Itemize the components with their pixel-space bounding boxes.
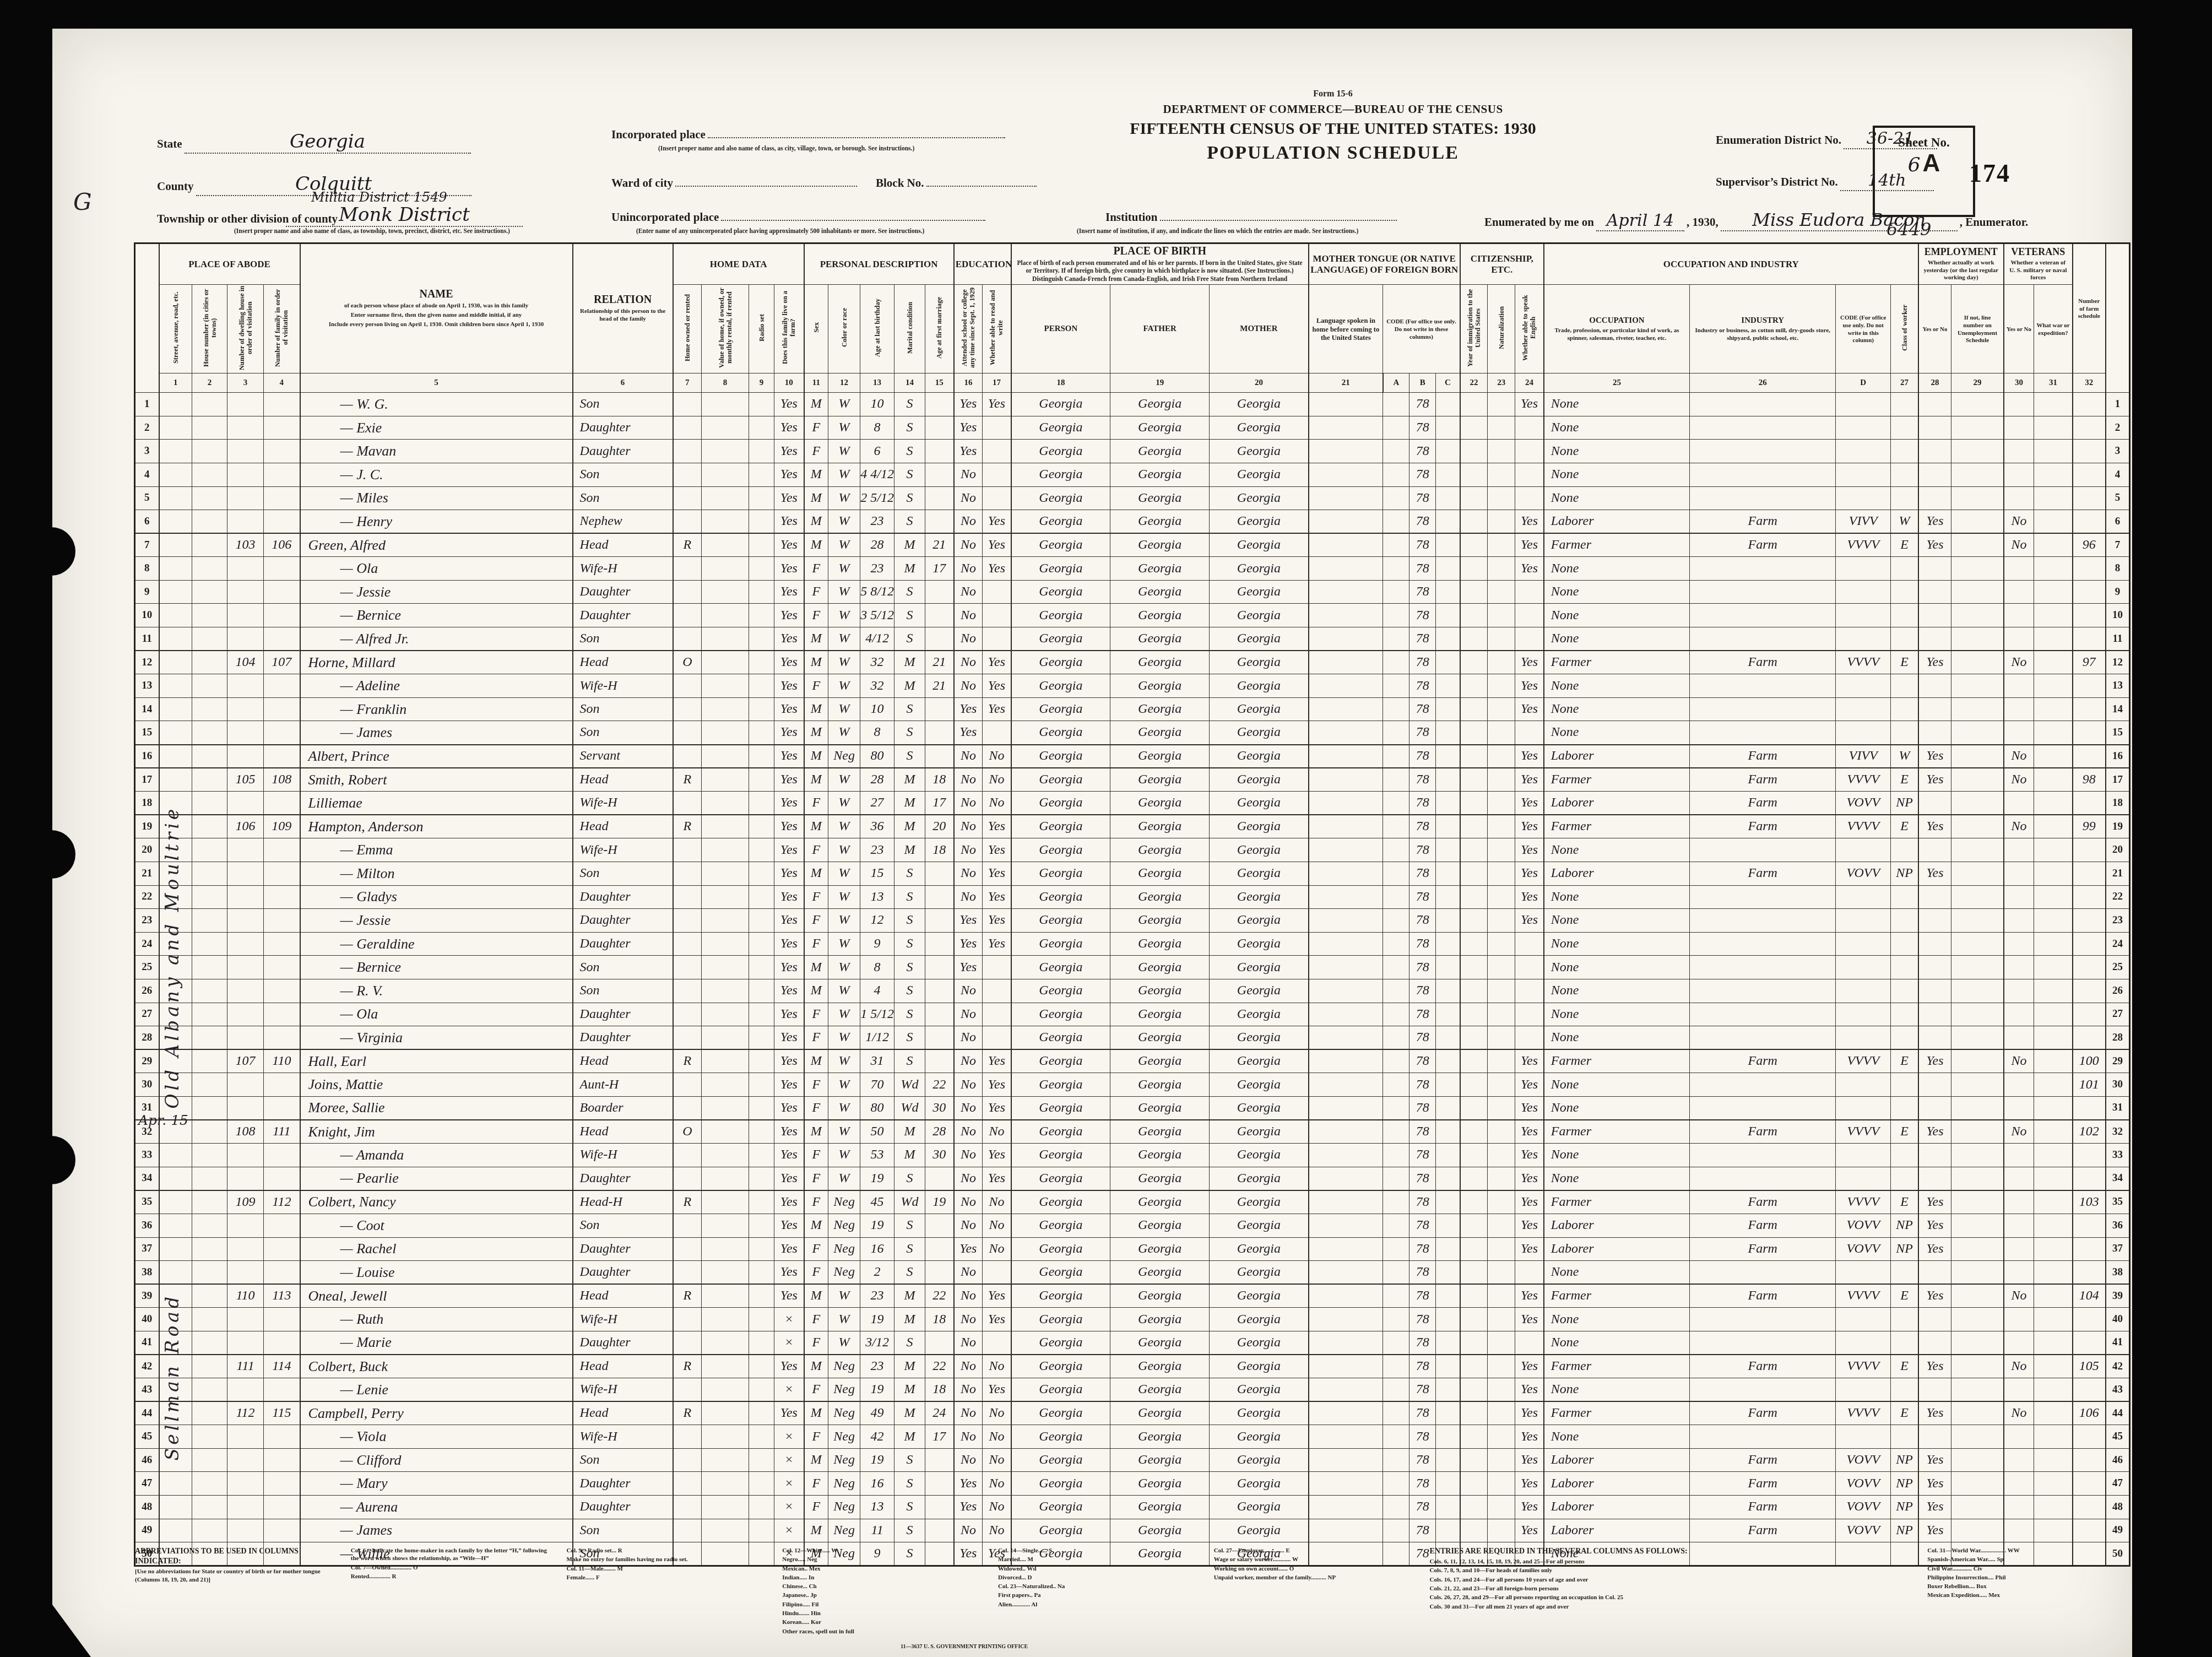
cell-farm: Yes bbox=[774, 932, 804, 956]
cell-occupation: None bbox=[1544, 393, 1690, 416]
incorporated-field: Incorporated place bbox=[611, 128, 1005, 142]
cell-father_born: Georgia bbox=[1110, 885, 1210, 909]
footer-note-line: Divorced... D bbox=[998, 1574, 1200, 1582]
footer-note-line: Japanese.. Jp bbox=[782, 1591, 984, 1599]
cell-color: W bbox=[828, 768, 860, 792]
cell-nat bbox=[1488, 1378, 1515, 1402]
cell-unemp bbox=[1951, 463, 2004, 486]
cell-family bbox=[264, 627, 300, 651]
cell-owned bbox=[673, 510, 702, 534]
cell-worker_class bbox=[1891, 1073, 1918, 1097]
cell-relation: Head bbox=[573, 1401, 673, 1425]
cell-veteran bbox=[2004, 1331, 2034, 1355]
line-number-column-header bbox=[2106, 243, 2130, 393]
cell-relation: Wife-H bbox=[573, 557, 673, 581]
person-row-43: 43— LenieWife-H×FNeg19M18NoYesGeorgiaGeo… bbox=[135, 1378, 2130, 1402]
col-age-header: Age at last birthday bbox=[860, 285, 894, 373]
cell-dwelling bbox=[227, 1214, 264, 1237]
cell-owned bbox=[673, 979, 702, 1003]
cell-color: Neg bbox=[828, 1519, 860, 1542]
cell-worker_class bbox=[1891, 486, 1918, 510]
cell-value bbox=[702, 909, 749, 933]
cell-veteran: No bbox=[2004, 815, 2034, 838]
cell-line2: 33 bbox=[2106, 1144, 2130, 1167]
sheet-label: Sheet No. bbox=[1875, 136, 1973, 150]
cell-read: Yes bbox=[983, 1073, 1011, 1097]
cell-industry bbox=[1690, 557, 1836, 581]
cell-school: Yes bbox=[954, 909, 983, 933]
person-row-11: 11— Alfred Jr.SonYesMW4/12SNoGeorgiaGeor… bbox=[135, 627, 2130, 651]
cell-father_born: Georgia bbox=[1110, 674, 1210, 698]
cell-color: W bbox=[828, 416, 860, 440]
cell-industry bbox=[1690, 580, 1836, 604]
cell-read: Yes bbox=[983, 1284, 1011, 1308]
cell-worker_class bbox=[1891, 1331, 1918, 1355]
cell-married_at: 17 bbox=[925, 792, 954, 815]
cell-house bbox=[192, 1237, 227, 1261]
cell-war bbox=[2034, 463, 2073, 486]
cell-age: 10 bbox=[860, 393, 894, 416]
cell-house bbox=[192, 1003, 227, 1026]
cell-father_born: Georgia bbox=[1110, 1308, 1210, 1331]
cell-code_c bbox=[1436, 1003, 1460, 1026]
cell-father_born: Georgia bbox=[1110, 1003, 1210, 1026]
footer-note-line: Col. 12—White..... W bbox=[782, 1547, 984, 1555]
cell-worker_class bbox=[1891, 557, 1918, 581]
cell-occupation: None bbox=[1544, 932, 1690, 956]
cell-house bbox=[192, 932, 227, 956]
cell-family bbox=[264, 463, 300, 486]
cell-house bbox=[192, 1496, 227, 1519]
unincorporated-note: (Enter name of any unincorporated place … bbox=[636, 228, 924, 235]
cell-english bbox=[1515, 932, 1544, 956]
cell-war bbox=[2034, 745, 2073, 768]
cell-read bbox=[983, 956, 1011, 979]
cell-lang bbox=[1309, 1144, 1383, 1167]
cell-english bbox=[1515, 1261, 1544, 1285]
cell-name: — Bernice bbox=[300, 956, 573, 979]
cell-veteran bbox=[2004, 1003, 2034, 1026]
cell-occupation: None bbox=[1544, 486, 1690, 510]
cell-occ_code: VOVV bbox=[1836, 1496, 1891, 1519]
cell-school: Yes bbox=[954, 440, 983, 463]
cell-family bbox=[264, 909, 300, 933]
cell-family bbox=[264, 838, 300, 862]
cell-street bbox=[159, 1472, 192, 1496]
cell-lang bbox=[1309, 1073, 1383, 1097]
cell-farm_no bbox=[2073, 909, 2106, 933]
cell-father_born: Georgia bbox=[1110, 627, 1210, 651]
cell-father_born: Georgia bbox=[1110, 1237, 1210, 1261]
cell-code_a bbox=[1383, 1284, 1409, 1308]
cell-value bbox=[702, 815, 749, 838]
cell-occupation: Farmer bbox=[1544, 815, 1690, 838]
cell-line: 46 bbox=[135, 1448, 159, 1472]
cell-owned bbox=[673, 486, 702, 510]
cell-nat bbox=[1488, 1261, 1515, 1285]
cell-owned: R bbox=[673, 1355, 702, 1378]
cell-mother_born: Georgia bbox=[1210, 627, 1309, 651]
cell-lang bbox=[1309, 1190, 1383, 1214]
cell-age: 53 bbox=[860, 1144, 894, 1167]
cell-value bbox=[702, 486, 749, 510]
cell-house bbox=[192, 463, 227, 486]
person-row-24: 24— GeraldineDaughterYesFW9SYesYesGeorgi… bbox=[135, 932, 2130, 956]
cell-imm bbox=[1460, 1401, 1488, 1425]
person-row-44: 44112115Campbell, PerryHeadRYesMNeg49M24… bbox=[135, 1401, 2130, 1425]
cell-name: — Geraldine bbox=[300, 932, 573, 956]
column-number-25: 25 bbox=[1544, 373, 1690, 393]
cell-farm: Yes bbox=[774, 1167, 804, 1190]
cell-married_at bbox=[925, 486, 954, 510]
population-schedule-table: PLACE OF ABODE NAME of each person whose… bbox=[134, 242, 2130, 1567]
col-age-married-header: Age at first marriage bbox=[925, 285, 954, 373]
cell-line2: 44 bbox=[2106, 1401, 2130, 1425]
block-label: Block No. bbox=[876, 176, 924, 189]
cell-name: — Clifford bbox=[300, 1448, 573, 1472]
cell-occ_code bbox=[1836, 440, 1891, 463]
cell-nat bbox=[1488, 486, 1515, 510]
cell-english: Yes bbox=[1515, 393, 1544, 416]
cell-father_born: Georgia bbox=[1110, 697, 1210, 721]
cell-unemp bbox=[1951, 721, 2004, 745]
cell-code_a bbox=[1383, 440, 1409, 463]
cell-line: 17 bbox=[135, 768, 159, 792]
binder-hole-icon bbox=[27, 830, 75, 879]
cell-owned: R bbox=[673, 1190, 702, 1214]
col-farm-schedule-header: Num­ber of farm sched­ule bbox=[2073, 243, 2106, 373]
cell-name: — Virginia bbox=[300, 1026, 573, 1050]
cell-family bbox=[264, 697, 300, 721]
cell-war bbox=[2034, 862, 2073, 886]
cell-dwelling bbox=[227, 1519, 264, 1542]
cell-radio bbox=[749, 1144, 774, 1167]
column-number-18: 18 bbox=[1011, 373, 1110, 393]
cell-worker_class bbox=[1891, 1378, 1918, 1402]
cell-farm: Yes bbox=[774, 1237, 804, 1261]
cell-color: W bbox=[828, 674, 860, 698]
cell-family bbox=[264, 862, 300, 886]
cell-imm bbox=[1460, 510, 1488, 534]
person-row-29: 29107110Hall, EarlHeadRYesMW31SNoYesGeor… bbox=[135, 1049, 2130, 1073]
cell-mother_born: Georgia bbox=[1210, 1261, 1309, 1285]
cell-unemp bbox=[1951, 1261, 2004, 1285]
cell-father_born: Georgia bbox=[1110, 604, 1210, 627]
cell-occupation: None bbox=[1544, 557, 1690, 581]
cell-relation: Head bbox=[573, 1284, 673, 1308]
cell-nat bbox=[1488, 862, 1515, 886]
cell-family bbox=[264, 1378, 300, 1402]
cell-relation: Daughter bbox=[573, 1237, 673, 1261]
cell-color: W bbox=[828, 393, 860, 416]
cell-veteran bbox=[2004, 627, 2034, 651]
cell-family: 110 bbox=[264, 1049, 300, 1073]
cell-house bbox=[192, 815, 227, 838]
cell-age: 45 bbox=[860, 1190, 894, 1214]
cell-code_c bbox=[1436, 416, 1460, 440]
cell-radio bbox=[749, 1237, 774, 1261]
cell-color: Neg bbox=[828, 1448, 860, 1472]
cell-code_b: 78 bbox=[1409, 745, 1436, 768]
cell-dwelling bbox=[227, 1096, 264, 1120]
cell-english: Yes bbox=[1515, 510, 1544, 534]
cell-english: Yes bbox=[1515, 1096, 1544, 1120]
cell-code_b: 78 bbox=[1409, 1378, 1436, 1402]
footer-note-line: Negro..... Neg bbox=[782, 1556, 984, 1563]
person-row-37: 37— RachelDaughterYesFNeg16SYesNoGeorgia… bbox=[135, 1237, 2130, 1261]
cell-school: No bbox=[954, 604, 983, 627]
cell-code_b: 78 bbox=[1409, 533, 1436, 557]
col-marital-header: Marital con­dition bbox=[894, 285, 925, 373]
cell-worker_class: NP bbox=[1891, 1214, 1918, 1237]
cell-mother_born: Georgia bbox=[1210, 1167, 1309, 1190]
cell-family bbox=[264, 1448, 300, 1472]
cell-relation: Daughter bbox=[573, 932, 673, 956]
cell-farm_no bbox=[2073, 510, 2106, 534]
cell-code_b: 78 bbox=[1409, 627, 1436, 651]
cell-farm: Yes bbox=[774, 510, 804, 534]
cell-line: 36 bbox=[135, 1214, 159, 1237]
col-birth-person-header: PERSON bbox=[1011, 285, 1110, 373]
cell-radio bbox=[749, 533, 774, 557]
cell-occ_code bbox=[1836, 1096, 1891, 1120]
cell-occupation: Laborer bbox=[1544, 1519, 1690, 1542]
cell-mother_born: Georgia bbox=[1210, 440, 1309, 463]
cell-value bbox=[702, 1261, 749, 1285]
cell-line: 16 bbox=[135, 745, 159, 768]
cell-farm: × bbox=[774, 1519, 804, 1542]
person-row-15: 15— JamesSonYesMW8SYesGeorgiaGeorgiaGeor… bbox=[135, 721, 2130, 745]
cell-industry: Farm bbox=[1690, 1120, 1836, 1144]
cell-unemp bbox=[1951, 651, 2004, 674]
cell-veteran: No bbox=[2004, 768, 2034, 792]
cell-occupation: None bbox=[1544, 1308, 1690, 1331]
cell-radio bbox=[749, 697, 774, 721]
cell-worker_class bbox=[1891, 885, 1918, 909]
cell-read: Yes bbox=[983, 1096, 1011, 1120]
cell-married_at: 19 bbox=[925, 1190, 954, 1214]
cell-mother_born: Georgia bbox=[1210, 721, 1309, 745]
footer-note-line: Wage or salary worker............ W bbox=[1214, 1556, 1416, 1563]
cell-industry bbox=[1690, 463, 1836, 486]
cell-father_born: Georgia bbox=[1110, 909, 1210, 933]
cell-code_a bbox=[1383, 745, 1409, 768]
cell-nat bbox=[1488, 533, 1515, 557]
cell-read: Yes bbox=[983, 557, 1011, 581]
cell-color: Neg bbox=[828, 1355, 860, 1378]
cell-english: Yes bbox=[1515, 1167, 1544, 1190]
cell-house bbox=[192, 1214, 227, 1237]
cell-industry: Farm bbox=[1690, 1519, 1836, 1542]
cell-age: 15 bbox=[860, 862, 894, 886]
cell-code_a bbox=[1383, 1472, 1409, 1496]
cell-farm: Yes bbox=[774, 557, 804, 581]
cell-read bbox=[983, 979, 1011, 1003]
cell-occ_code bbox=[1836, 416, 1891, 440]
cell-unemp bbox=[1951, 1214, 2004, 1237]
cell-veteran bbox=[2004, 1308, 2034, 1331]
cell-relation: Wife-H bbox=[573, 1425, 673, 1449]
cell-born: Georgia bbox=[1011, 1096, 1110, 1120]
cell-english: Yes bbox=[1515, 1237, 1544, 1261]
cell-war bbox=[2034, 1425, 2073, 1449]
cell-farm_no: 102 bbox=[2073, 1120, 2106, 1144]
cell-relation: Daughter bbox=[573, 909, 673, 933]
cell-worked bbox=[1918, 1096, 1951, 1120]
cell-age: 3/12 bbox=[860, 1331, 894, 1355]
cell-farm: Yes bbox=[774, 1284, 804, 1308]
cell-occupation: None bbox=[1544, 1003, 1690, 1026]
cell-relation: Son bbox=[573, 1448, 673, 1472]
cell-owned bbox=[673, 792, 702, 815]
cell-mother_born: Georgia bbox=[1210, 768, 1309, 792]
cell-imm bbox=[1460, 1284, 1488, 1308]
cell-worker_class bbox=[1891, 1261, 1918, 1285]
person-row-17: 17105108Smith, RobertHeadRYesMW28M18NoNo… bbox=[135, 768, 2130, 792]
cell-school: No bbox=[954, 580, 983, 604]
cell-farm_no bbox=[2073, 979, 2106, 1003]
cell-marital: S bbox=[894, 1214, 925, 1237]
cell-imm bbox=[1460, 627, 1488, 651]
cell-read bbox=[983, 1261, 1011, 1285]
cell-industry bbox=[1690, 1144, 1836, 1167]
cell-color: W bbox=[828, 838, 860, 862]
cell-code_b: 78 bbox=[1409, 1144, 1436, 1167]
cell-house bbox=[192, 627, 227, 651]
cell-radio bbox=[749, 627, 774, 651]
cell-owned bbox=[673, 862, 702, 886]
cell-read: No bbox=[983, 1237, 1011, 1261]
col-worked-header: Yes or No bbox=[1918, 285, 1951, 373]
cell-code_b: 78 bbox=[1409, 1026, 1436, 1050]
enumerator-suffix: , Enumerator. bbox=[1960, 215, 2029, 229]
cell-code_c bbox=[1436, 838, 1460, 862]
footer-note-line: Cols. 26, 27, 28, and 29—For all persons… bbox=[1430, 1594, 1913, 1601]
cell-sex: F bbox=[804, 440, 828, 463]
cell-code_c bbox=[1436, 1237, 1460, 1261]
cell-code_a bbox=[1383, 1261, 1409, 1285]
cell-owned bbox=[673, 1214, 702, 1237]
cell-occupation: None bbox=[1544, 1331, 1690, 1355]
cell-line2: 48 bbox=[2106, 1496, 2130, 1519]
cell-occ_code bbox=[1836, 932, 1891, 956]
cell-family: 113 bbox=[264, 1284, 300, 1308]
cell-code_a bbox=[1383, 1237, 1409, 1261]
cell-worked: Yes bbox=[1918, 1519, 1951, 1542]
column-number-17: 17 bbox=[983, 373, 1011, 393]
cell-code_b: 78 bbox=[1409, 486, 1436, 510]
cell-occ_code: VVVV bbox=[1836, 1355, 1891, 1378]
cell-mother_born: Georgia bbox=[1210, 463, 1309, 486]
cell-code_a bbox=[1383, 463, 1409, 486]
cell-line2: 30 bbox=[2106, 1073, 2130, 1097]
cell-farm_no: 96 bbox=[2073, 533, 2106, 557]
cell-occupation: None bbox=[1544, 580, 1690, 604]
cell-school: No bbox=[954, 463, 983, 486]
cell-father_born: Georgia bbox=[1110, 1448, 1210, 1472]
cell-worked: Yes bbox=[1918, 1190, 1951, 1214]
cell-dwelling bbox=[227, 862, 264, 886]
cell-radio bbox=[749, 557, 774, 581]
cell-nat bbox=[1488, 557, 1515, 581]
cell-occ_code bbox=[1836, 1003, 1891, 1026]
cell-relation: Daughter bbox=[573, 604, 673, 627]
cell-mother_born: Georgia bbox=[1210, 1214, 1309, 1237]
person-row-34: 34— PearlieDaughterYesFW19SNoYesGeorgiaG… bbox=[135, 1167, 2130, 1190]
group-mother-tongue: MOTHER TONGUE (OR NATIVE LANGUAGE) OF FO… bbox=[1309, 243, 1460, 285]
col-owned-header: Home owned or rented bbox=[673, 285, 702, 373]
cell-dwelling bbox=[227, 440, 264, 463]
cell-nat bbox=[1488, 979, 1515, 1003]
cell-age: 28 bbox=[860, 533, 894, 557]
col-naturalization-header: Naturalization bbox=[1488, 285, 1515, 373]
cell-father_born: Georgia bbox=[1110, 862, 1210, 886]
cell-worker_class: NP bbox=[1891, 862, 1918, 886]
cell-dwelling bbox=[227, 721, 264, 745]
footer-note-line: Cols. 21, 22, and 23—For all foreign-bor… bbox=[1430, 1585, 1913, 1593]
footer-note-line: Col. 23—Naturalized.. Na bbox=[998, 1583, 1200, 1590]
person-row-3: 3— MavanDaughterYesFW6SYesGeorgiaGeorgia… bbox=[135, 440, 2130, 463]
cell-relation: Wife-H bbox=[573, 838, 673, 862]
cell-line: 26 bbox=[135, 979, 159, 1003]
cell-color: W bbox=[828, 604, 860, 627]
cell-unemp bbox=[1951, 1378, 2004, 1402]
cell-read: Yes bbox=[983, 1308, 1011, 1331]
col-color-header: Color or race bbox=[828, 285, 860, 373]
cell-lang bbox=[1309, 1026, 1383, 1050]
cell-value bbox=[702, 838, 749, 862]
cell-imm bbox=[1460, 697, 1488, 721]
cell-occupation: Laborer bbox=[1544, 1496, 1690, 1519]
table-body: 1— W. G.SonYesMW10SYesYesGeorgiaGeorgiaG… bbox=[135, 393, 2130, 1566]
cell-value bbox=[702, 721, 749, 745]
cell-lang bbox=[1309, 1308, 1383, 1331]
cell-father_born: Georgia bbox=[1110, 721, 1210, 745]
cell-born: Georgia bbox=[1011, 1401, 1110, 1425]
cell-lang bbox=[1309, 721, 1383, 745]
cell-line: 7 bbox=[135, 533, 159, 557]
cell-color: W bbox=[828, 697, 860, 721]
cell-code_a bbox=[1383, 815, 1409, 838]
cell-line: 29 bbox=[135, 1049, 159, 1073]
cell-worker_class bbox=[1891, 838, 1918, 862]
cell-worker_class: W bbox=[1891, 510, 1918, 534]
cell-sex: F bbox=[804, 557, 828, 581]
cell-owned bbox=[673, 956, 702, 979]
cell-read bbox=[983, 1026, 1011, 1050]
footer-note-line: Col. 27—Employer.............. E bbox=[1214, 1547, 1416, 1555]
cell-farm_no bbox=[2073, 1448, 2106, 1472]
cell-lang bbox=[1309, 1003, 1383, 1026]
cell-owned: O bbox=[673, 1120, 702, 1144]
cell-nat bbox=[1488, 1308, 1515, 1331]
cell-house bbox=[192, 745, 227, 768]
footer-note-line: Cols. 16, 17, and 24—For all persons 10 … bbox=[1430, 1576, 1913, 1584]
cell-code_c bbox=[1436, 1448, 1460, 1472]
cell-occ_code: VOVV bbox=[1836, 1519, 1891, 1542]
cell-unemp bbox=[1951, 862, 2004, 886]
cell-name: — Lenie bbox=[300, 1378, 573, 1402]
person-row-45: 45— ViolaWife-H×FNeg42M17NoNoGeorgiaGeor… bbox=[135, 1425, 2130, 1449]
group-home-data: HOME DATA bbox=[673, 243, 804, 285]
col-birth-father-header: FATHER bbox=[1110, 285, 1210, 373]
cell-line2: 1 bbox=[2106, 393, 2130, 416]
cell-english bbox=[1515, 979, 1544, 1003]
cell-marital: S bbox=[894, 932, 925, 956]
cell-read: No bbox=[983, 792, 1011, 815]
cell-occupation: None bbox=[1544, 1096, 1690, 1120]
footer-note-line: Mexican Expedition..... Mex bbox=[1927, 1591, 2129, 1599]
